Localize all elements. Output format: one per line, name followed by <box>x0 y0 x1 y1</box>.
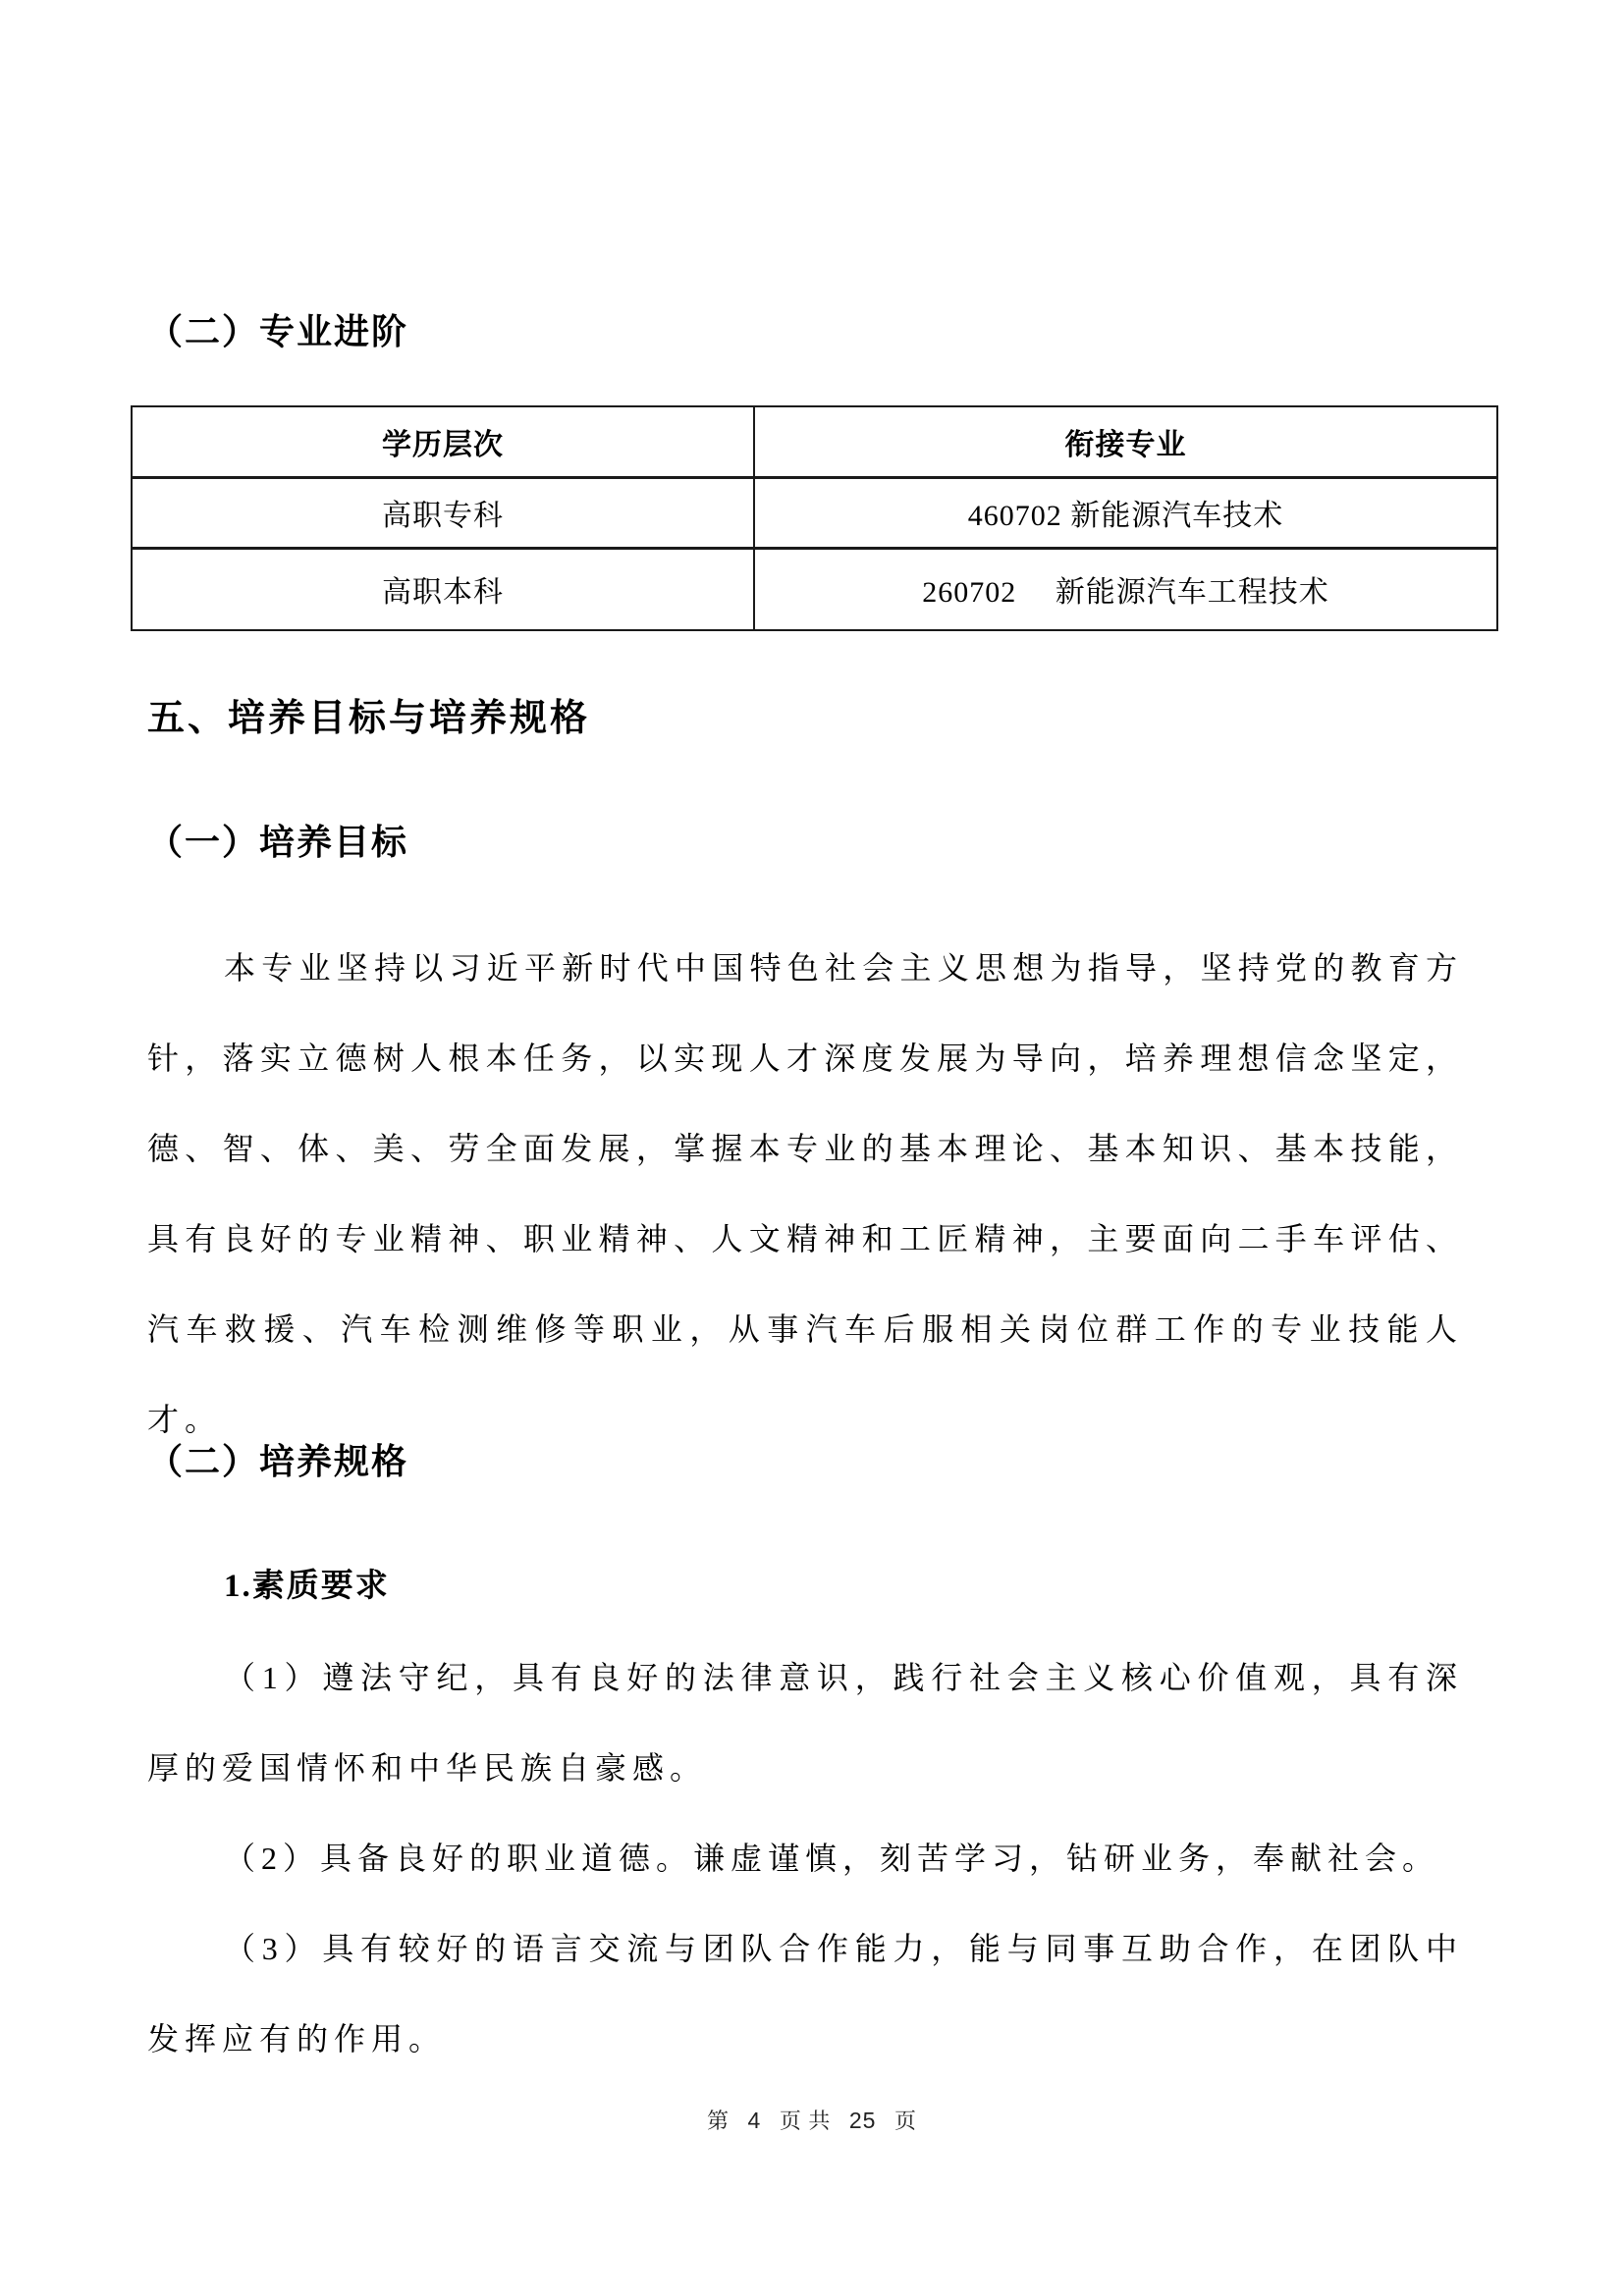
quality-item-1: （1）遵法守纪，具有良好的法律意识，践行社会主义核心价值观，具有深厚的爱国情怀和… <box>147 1632 1463 1813</box>
table-header-major: 衔接专业 <box>754 406 1497 477</box>
footer-suffix: 页 <box>894 2109 917 2133</box>
footer-total-pages: 25 <box>849 2108 877 2133</box>
table-cell-major: 260702 新能源汽车工程技术 <box>754 548 1497 630</box>
quality-items: （1）遵法守纪，具有良好的法律意识，践行社会主义核心价值观，具有深厚的爱国情怀和… <box>147 1632 1463 2084</box>
quality-item-2: （2）具备良好的职业道德。谦虚谨慎，刻苦学习，钻研业务，奉献社会。 <box>147 1813 1463 1903</box>
table-header-row: 学历层次 衔接专业 <box>132 406 1497 477</box>
heading-chapter: 五、培养目标与培养规格 <box>147 687 590 741</box>
progression-table: 学历层次 衔接专业 高职专科 460702 新能源汽车技术 高职本科 26070… <box>131 405 1498 631</box>
heading-section-advance: （二）专业进阶 <box>147 304 408 354</box>
paragraph-objective: 本专业坚持以习近平新时代中国特色社会主义思想为指导，坚持党的教育方针，落实立德树… <box>147 923 1463 1465</box>
quality-item-3: （3）具有较好的语言交流与团队合作能力，能与同事互助合作，在团队中发挥应有的作用… <box>147 1903 1463 2084</box>
footer-prefix: 第 <box>707 2109 730 2133</box>
footer-middle: 页 共 <box>780 2109 832 2133</box>
table-cell-level: 高职专科 <box>132 477 754 548</box>
page-footer: 第 4 页 共 25 页 <box>0 2105 1624 2135</box>
table-cell-major: 460702 新能源汽车技术 <box>754 477 1497 548</box>
table-cell-level: 高职本科 <box>132 548 754 630</box>
heading-sub-spec: （二）培养规格 <box>147 1434 408 1484</box>
footer-page-number: 4 <box>748 2108 762 2133</box>
table-header-level: 学历层次 <box>132 406 754 477</box>
heading-quality-requirements: 1.素质要求 <box>224 1560 390 1606</box>
table-row: 高职专科 460702 新能源汽车技术 <box>132 477 1497 548</box>
heading-sub-objective: （一）培养目标 <box>147 815 408 865</box>
table-row: 高职本科 260702 新能源汽车工程技术 <box>132 548 1497 630</box>
document-page: （二）专业进阶 学历层次 衔接专业 高职专科 460702 新能源汽车技术 高职… <box>0 0 1624 2296</box>
